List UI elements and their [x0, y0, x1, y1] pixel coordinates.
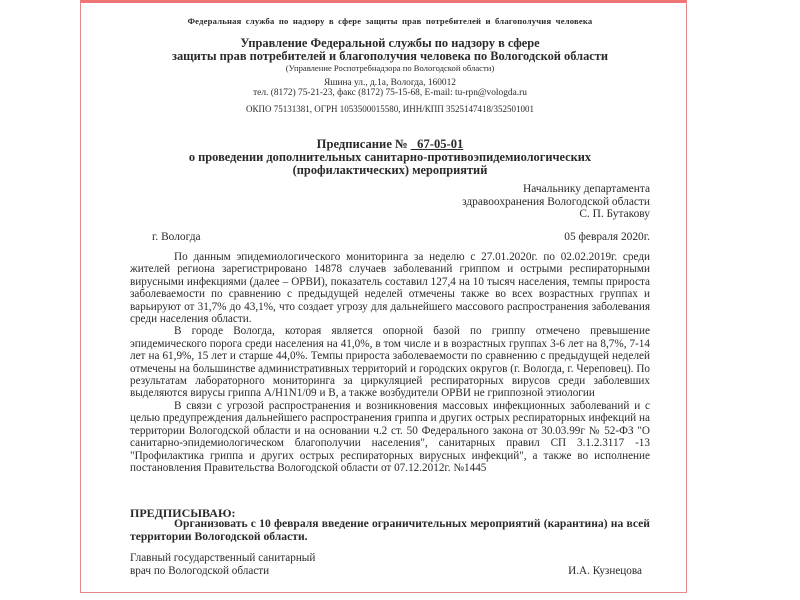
department-contacts: тел. (8172) 75-21-23, факс (8172) 75-15-… [130, 88, 650, 98]
addressee-block: Начальнику департамента здравоохранения … [462, 183, 650, 221]
document-body: По данным эпидемиологического мониторинг… [130, 251, 650, 474]
body-paragraph: По данным эпидемиологического мониторинг… [130, 251, 650, 325]
body-paragraph: В связи с угрозой распространения и возн… [130, 400, 650, 474]
document-subtitle-line2: (профилактических) мероприятий [130, 163, 650, 178]
body-paragraph: В городе Вологда, которая является опорн… [130, 325, 650, 399]
signer-title: Главный государственный санитарный врач … [130, 552, 315, 577]
title-prefix: Предписание № [317, 137, 411, 151]
signer-title-line1: Главный государственный санитарный [130, 552, 315, 565]
decree-text: Организовать с 10 февраля введение огран… [130, 518, 650, 544]
signer-name: И.А. Кузнецова [568, 565, 642, 577]
department-name-line2: защиты прав потребителей и благополучия … [130, 49, 650, 64]
document-date: 05 февраля 2020г. [564, 231, 650, 243]
addressee-line2: здравоохранения Вологодской области [462, 196, 650, 209]
addressee-line3: С. П. Бутакову [462, 208, 650, 221]
signer-title-line2: врач по Вологодской области [130, 565, 315, 578]
department-short-name: (Управление Роспотребнадзора по Вологодс… [130, 63, 650, 73]
department-address: Яшина ул., д.1а, Вологда, 160012 [130, 78, 650, 88]
registry-ids: ОКПО 75131381, ОГРН 1053500015580, ИНН/К… [130, 104, 650, 114]
addressee-line1: Начальнику департамента [462, 183, 650, 196]
document-number: _67-05-01 [411, 137, 463, 151]
document-place: г. Вологда [152, 231, 201, 243]
agency-name: Федеральная служба по надзору в сфере за… [130, 16, 650, 26]
